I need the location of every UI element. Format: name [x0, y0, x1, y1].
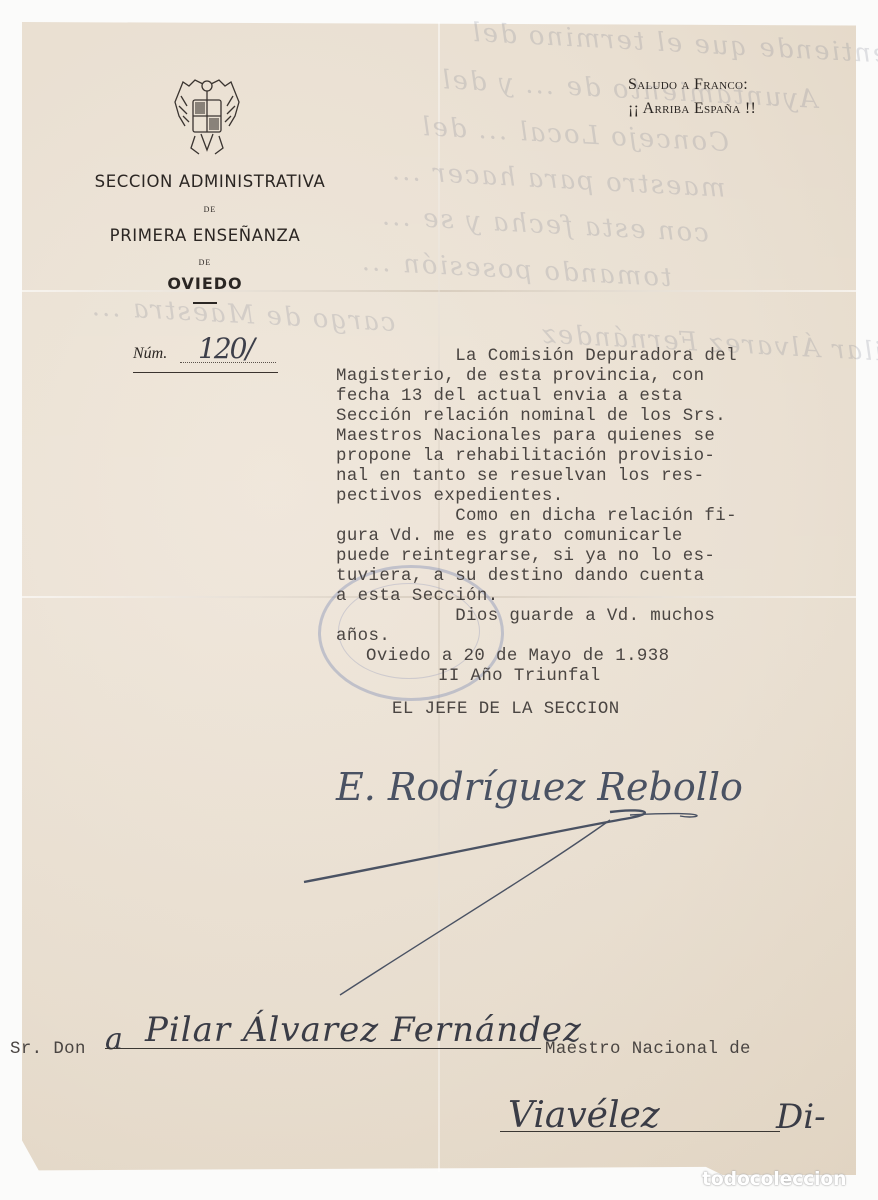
addressee-role: Maestro Nacional de — [545, 1040, 751, 1060]
letterhead-line1: SECCION ADMINISTRATIVA — [60, 172, 360, 191]
body-line: propone la rehabilitación provisio- — [336, 447, 715, 467]
body-line: Dios guarde a Vd. muchos — [336, 607, 715, 627]
coat-of-arms-icon — [173, 76, 241, 158]
addressee-underline — [105, 1048, 541, 1049]
addressee-place: Viavélez — [508, 1095, 660, 1136]
body-line: Como en dicha relación fi- — [336, 507, 737, 527]
letterhead-de: DE — [60, 205, 360, 214]
place-underline — [500, 1131, 780, 1132]
addressee-suffix: a — [105, 1022, 123, 1057]
motto-line2: ¡¡ Arriba España !! — [628, 100, 756, 118]
signatory-title: EL JEFE DE LA SECCION — [392, 700, 620, 720]
letterhead-line2: PRIMERA ENSEÑANZA — [55, 226, 355, 245]
body-line: La Comisión Depuradora del — [336, 347, 737, 367]
body-line: puede reintegrarse, si ya no lo es- — [336, 547, 715, 567]
body-line: tuviera, a su destino dando cuenta — [336, 567, 704, 587]
body-line: fecha 13 del actual envia a esta — [336, 387, 683, 407]
body-line: Magisterio, de esta provincia, con — [336, 367, 704, 387]
letterhead-city: OVIEDO — [55, 274, 355, 293]
addressee-prefix: Sr. Don — [10, 1040, 86, 1060]
place-date: Oviedo a 20 de Mayo de 1.938 — [366, 647, 669, 667]
addressee-name: Pilar Álvarez Fernández — [145, 1010, 582, 1050]
body-line: Maestros Nacionales para quienes se — [336, 427, 715, 447]
body-line: pectivos expedientes. — [336, 487, 564, 507]
watermark: todocoleccion — [702, 1168, 846, 1190]
letterhead-rule — [193, 302, 217, 304]
body-line: gura Vd. me es grato comunicarle — [336, 527, 683, 547]
addressee-trailing: Di- — [776, 1097, 826, 1137]
reference-underline — [133, 372, 278, 373]
motto-line1: Saludo a Franco: — [628, 76, 748, 94]
body-line: Sección relación nominal de los Srs. — [336, 407, 726, 427]
reference-number: 120/ — [198, 332, 253, 365]
body-line: años. — [336, 627, 390, 647]
letterhead-de: DE — [55, 258, 355, 267]
signature-flourish — [300, 790, 740, 1000]
body-line: nal en tanto se resuelvan los res- — [336, 467, 704, 487]
body-line: a esta Sección. — [336, 587, 499, 607]
reference-label: Núm. — [133, 345, 167, 363]
year-note: II Año Triunfal — [438, 667, 601, 687]
